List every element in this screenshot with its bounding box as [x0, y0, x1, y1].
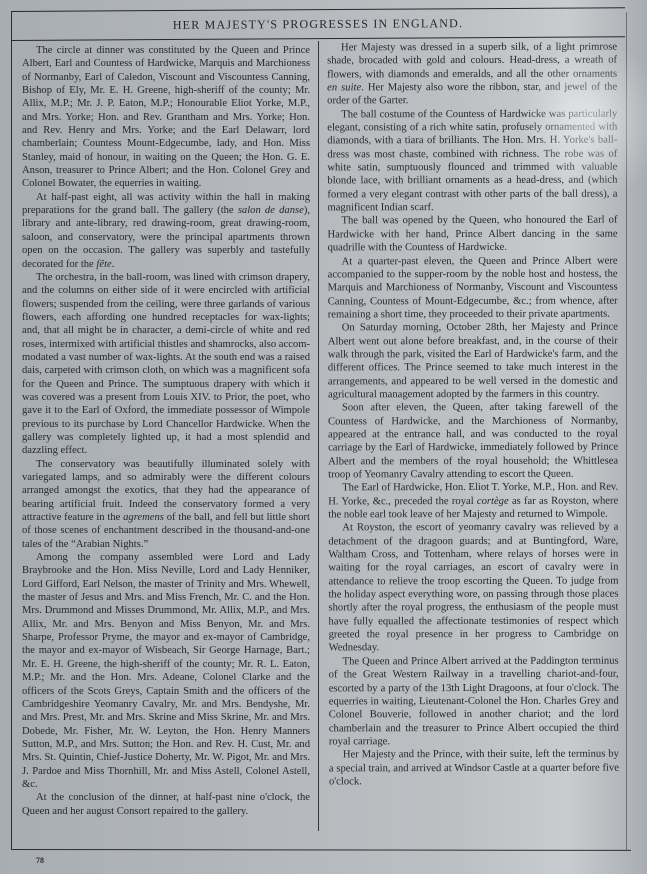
- paragraph: Soon after eleven, the Queen, after taki…: [328, 401, 618, 482]
- paragraph: The conservatory was beautifully illumin…: [22, 458, 310, 551]
- right-column: Her Majesty was dressed in a superb silk…: [327, 41, 619, 789]
- column-divider: [318, 41, 319, 831]
- paragraph: At the conclusion of the dinner, at half…: [22, 791, 310, 818]
- paragraph: At half-past eight, all was activity wit…: [22, 191, 310, 271]
- page-number: 78: [36, 856, 44, 865]
- paragraph: At a quarter-past eleven, the Queen and …: [328, 254, 618, 321]
- paragraph: The Earl of Hardwicke, Hon. Eliot T. Yor…: [328, 481, 618, 522]
- paragraph: The circle at dinner was constituted by …: [22, 44, 310, 191]
- left-column: The circle at dinner was constituted by …: [22, 44, 310, 818]
- paragraph: The ball costume of the Countess of Hard…: [327, 107, 617, 215]
- paragraph: On Saturday morning, October 28th, her M…: [328, 321, 618, 402]
- paragraph: Among the company assembled were Lord an…: [22, 551, 310, 791]
- paragraph: The ball was opened by the Queen, who ho…: [327, 214, 617, 255]
- paragraph: Her Majesty and the Prince, with their s…: [329, 748, 619, 789]
- paragraph: At Royston, the escort of yeomanry caval…: [328, 521, 618, 655]
- paragraph: The orchestra, in the ball-room, was lin…: [22, 271, 310, 458]
- paragraph: Her Majesty was dressed in a superb silk…: [327, 41, 617, 108]
- bottom-rule: [11, 849, 631, 851]
- book-page: HER MAJESTY'S PROGRESSES IN ENGLAND. The…: [0, 0, 647, 874]
- paragraph: The Queen and Prince Albert arrived at t…: [329, 654, 619, 748]
